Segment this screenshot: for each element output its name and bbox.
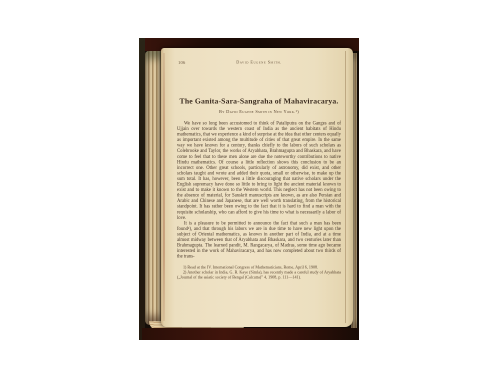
body-paragraph-2: It is a pleasure to be permitted to anno… (177, 221, 341, 260)
book-page: 106 David Eugene Smith. The Ganita-Sara-… (161, 48, 353, 327)
running-head: David Eugene Smith. (177, 60, 341, 65)
article-title: The Ganita-Sara-Sangraha of Mahaviracary… (177, 97, 341, 106)
photo-backdrop: 106 David Eugene Smith. The Ganita-Sara-… (0, 0, 500, 380)
page-header: 106 David Eugene Smith. (177, 60, 341, 66)
footnotes-block: 1) Read at the IV. International Congres… (177, 265, 341, 280)
article-byline: By David Eugene Smith in New York.¹) (177, 109, 341, 114)
body-paragraph-1: We have so long been accustomed to think… (177, 121, 341, 221)
page-edge-stack-left (145, 51, 162, 325)
page-content: 106 David Eugene Smith. The Ganita-Sara-… (177, 60, 341, 320)
book-photo: 106 David Eugene Smith. The Ganita-Sara-… (139, 38, 359, 340)
footnote-2: 2) Another scholar in India, G. R. Kaye … (177, 270, 341, 280)
